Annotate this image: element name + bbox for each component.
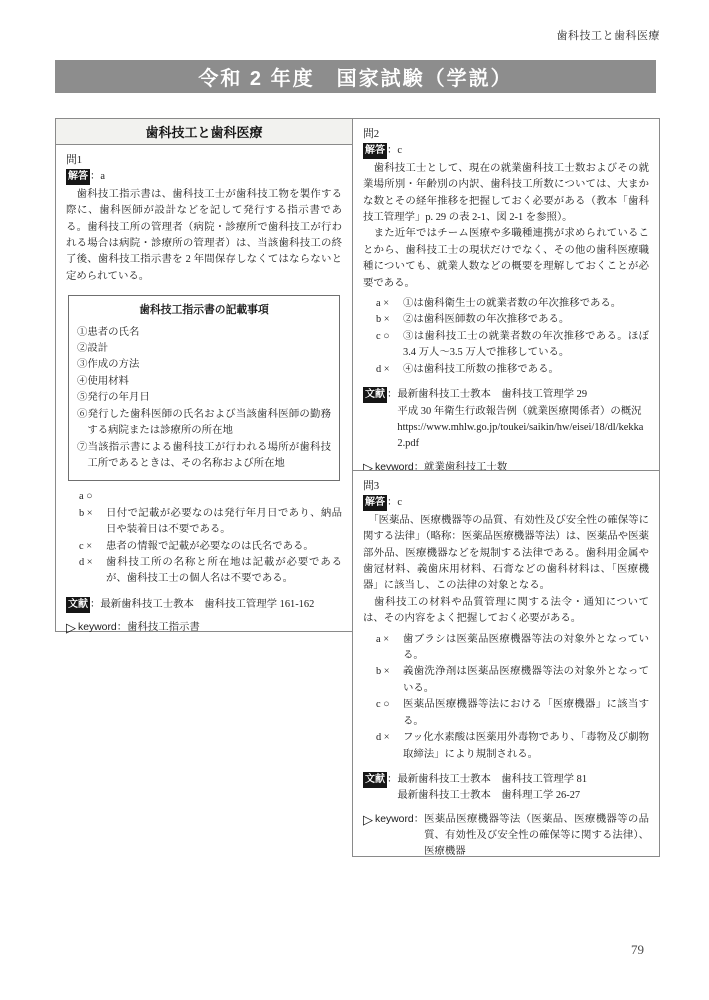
keyword-colon: ： bbox=[117, 620, 127, 636]
option-row: b ×②は歯科医師数の年次推移である。 bbox=[376, 312, 649, 328]
question-number: 問3 bbox=[363, 478, 649, 494]
keyword-label: keyword bbox=[375, 460, 414, 471]
option-text: 日付で記載が必要なのは発行年月日であり、納品日や装着日は不要である。 bbox=[106, 506, 342, 539]
reference-lines: 最新歯科技工士教本 歯科技工管理学 161-162 bbox=[100, 597, 342, 613]
keyword-text: 歯科技工指示書 bbox=[127, 620, 342, 636]
options-list: a ×歯ブラシは医薬品医療機器等法の対象外となっている。 b ×義歯洗浄剤は医薬… bbox=[363, 632, 649, 763]
right-column-panel: 問2 解答：c 歯科技工士として、現在の就業歯科技工士数およびその就業場所別・年… bbox=[352, 118, 660, 857]
option-row: a ○ bbox=[79, 489, 342, 505]
keyword-row: ▷ keyword： 就業歯科技工士数 bbox=[363, 460, 649, 471]
option-row: a ×①は歯科衛生士の就業者数の年次推移である。 bbox=[376, 296, 649, 312]
left-column-panel: 歯科技工と歯科医療 問1 解答：a 歯科技工指示書は、歯科技工士が歯科技工物を製… bbox=[55, 118, 353, 632]
keyword-icon: ▷ bbox=[66, 620, 76, 635]
explanation-paragraph: 「医薬品、医療機器等の品質、有効性及び安全性の確保等に関する法律」（略称：医薬品… bbox=[363, 513, 649, 595]
explanation-paragraph: また近年ではチーム医療や多職種連携が求められていることから、歯科技工士の現状だけ… bbox=[363, 226, 649, 292]
section-title: 歯科技工と歯科医療 bbox=[145, 122, 262, 141]
answer-value: ：c bbox=[387, 497, 402, 508]
option-row: a ×歯ブラシは医薬品医療機器等法の対象外となっている。 bbox=[376, 632, 649, 665]
notice-box-item: ⑦当該指示書による歯科技工が行われる場所が歯科技工所であるときは、その名称および… bbox=[77, 440, 331, 473]
reference-colon: ： bbox=[90, 597, 100, 613]
keyword-label: keyword bbox=[78, 620, 117, 636]
keyword-icon: ▷ bbox=[363, 460, 373, 471]
answer-row: 解答：a bbox=[66, 169, 342, 185]
book-page: 歯科技工と歯科医療 令和 2 年度 国家試験（学説） 歯科技工と歯科医療 問1 … bbox=[0, 0, 709, 1000]
option-row: b ×日付で記載が必要なのは発行年月日であり、納品日や装着日は不要である。 bbox=[79, 506, 342, 539]
notice-box-item: ②設計 bbox=[77, 341, 331, 357]
question-1: 問1 解答：a 歯科技工指示書は、歯科技工士が歯科技工物を製作する際に、歯科医師… bbox=[56, 145, 352, 640]
reference-row: 文献： 最新歯科技工士教本 歯科技工管理学 81 最新歯科技工士教本 歯科理工学… bbox=[363, 772, 649, 805]
keyword-colon: ： bbox=[414, 812, 424, 828]
options-list: a ○ b ×日付で記載が必要なのは発行年月日であり、納品日や装着日は不要である… bbox=[66, 489, 342, 587]
notice-box: 歯科技工指示書の記載事項 ①患者の氏名 ②設計 ③作成の方法 ④使用材料 ⑤発行… bbox=[68, 295, 340, 481]
answer-label: 解答 bbox=[363, 143, 387, 159]
option-marker: a ○ bbox=[79, 489, 106, 505]
option-text: フッ化水素酸は医薬用外毒物であり、「毒物及び劇物取締法」により規制される。 bbox=[403, 730, 649, 763]
keyword-text: 就業歯科技工士数 bbox=[424, 460, 649, 471]
reference-row: 文献： 最新歯科技工士教本 歯科技工管理学 29 平成 30 年衛生行政報告例（… bbox=[363, 387, 649, 453]
keyword-label: keyword bbox=[375, 812, 414, 828]
notice-box-item: ⑥発行した歯科医師の氏名および当該歯科医師の勤務する病院または診療所の所在地 bbox=[77, 407, 331, 440]
question-2: 問2 解答：c 歯科技工士として、現在の就業歯科技工士数およびその就業場所別・年… bbox=[353, 119, 659, 471]
answer-value: ：a bbox=[90, 171, 105, 182]
option-marker: c × bbox=[79, 539, 106, 555]
option-row: d ×フッ化水素酸は医薬用外毒物であり、「毒物及び劇物取締法」により規制される。 bbox=[376, 730, 649, 763]
reference-label: 文献 bbox=[363, 387, 387, 403]
answer-label: 解答 bbox=[363, 495, 387, 511]
notice-box-title: 歯科技工指示書の記載事項 bbox=[77, 302, 331, 318]
option-marker: d × bbox=[376, 362, 403, 378]
reference-label: 文献 bbox=[66, 597, 90, 613]
answer-value: ：c bbox=[387, 145, 402, 156]
option-marker: a × bbox=[376, 632, 403, 665]
option-text: 医薬品医療機器等法における「医療機器」に該当する。 bbox=[403, 697, 649, 730]
reference-label: 文献 bbox=[363, 772, 387, 788]
option-marker: b × bbox=[79, 506, 106, 539]
option-text: ④は歯科技工所数の推移である。 bbox=[403, 362, 649, 378]
reference-line: 最新歯科技工士教本 歯科技工管理学 161-162 bbox=[100, 597, 342, 613]
option-row: d ×歯科技工所の名称と所在地は記載が必要であるが、歯科技工士の個人名は不要であ… bbox=[79, 555, 342, 588]
option-text: ③は歯科技工士の就業者数の年次推移である。ほぼ 3.4 万人〜3.5 万人で推移… bbox=[403, 329, 649, 362]
option-text: 義歯洗浄剤は医薬品医療機器等法の対象外となっている。 bbox=[403, 664, 649, 697]
option-row: b ×義歯洗浄剤は医薬品医療機器等法の対象外となっている。 bbox=[376, 664, 649, 697]
option-row: c ○③は歯科技工士の就業者数の年次推移である。ほぼ 3.4 万人〜3.5 万人… bbox=[376, 329, 649, 362]
option-row: d ×④は歯科技工所数の推移である。 bbox=[376, 362, 649, 378]
running-head: 歯科技工と歯科医療 bbox=[557, 27, 661, 43]
keyword-row: ▷ keyword： 歯科技工指示書 bbox=[66, 620, 342, 636]
notice-box-item: ③作成の方法 bbox=[77, 357, 331, 373]
explanation-paragraph: 歯科技工士として、現在の就業歯科技工士数およびその就業場所別・年齢別の内訳、歯科… bbox=[363, 161, 649, 227]
reference-lines: 最新歯科技工士教本 歯科技工管理学 29 平成 30 年衛生行政報告例（就業医療… bbox=[397, 387, 649, 453]
option-marker: d × bbox=[79, 555, 106, 588]
notice-box-item: ④使用材料 bbox=[77, 374, 331, 390]
option-marker: c ○ bbox=[376, 697, 403, 730]
page-number: 79 bbox=[631, 942, 644, 958]
exam-title: 令和 2 年度 国家試験（学説） bbox=[198, 62, 512, 91]
keyword-icon: ▷ bbox=[363, 812, 373, 827]
question-number: 問2 bbox=[363, 126, 649, 142]
option-text bbox=[106, 489, 342, 505]
option-marker: b × bbox=[376, 664, 403, 697]
option-text: ②は歯科医師数の年次推移である。 bbox=[403, 312, 649, 328]
answer-label: 解答 bbox=[66, 169, 90, 185]
reference-colon: ： bbox=[387, 387, 397, 453]
reference-row: 文献： 最新歯科技工士教本 歯科技工管理学 161-162 bbox=[66, 597, 342, 613]
keyword-text: 医薬品医療機器等法（医薬品、医療機器等の品質、有効性及び安全性の確保等に関する法… bbox=[424, 812, 649, 856]
reference-line: 最新歯科技工士教本 歯科理工学 26-27 bbox=[397, 788, 649, 804]
question-number: 問1 bbox=[66, 152, 342, 168]
reference-colon: ： bbox=[387, 772, 397, 805]
reference-line: 平成 30 年衛生行政報告例（就業医療関係者）の概況 bbox=[397, 404, 649, 420]
reference-line: 最新歯科技工士教本 歯科技工管理学 29 bbox=[397, 387, 649, 403]
option-text: ①は歯科衛生士の就業者数の年次推移である。 bbox=[403, 296, 649, 312]
notice-box-item: ⑤発行の年月日 bbox=[77, 390, 331, 406]
option-marker: a × bbox=[376, 296, 403, 312]
reference-url: https://www.mhlw.go.jp/toukei/saikin/hw/… bbox=[397, 420, 649, 453]
section-header: 歯科技工と歯科医療 bbox=[56, 119, 352, 145]
option-text: 歯ブラシは医薬品医療機器等法の対象外となっている。 bbox=[403, 632, 649, 665]
answer-row: 解答：c bbox=[363, 143, 649, 159]
question-3: 問3 解答：c 「医薬品、医療機器等の品質、有効性及び安全性の確保等に関する法律… bbox=[353, 471, 659, 856]
answer-row: 解答：c bbox=[363, 495, 649, 511]
option-row: c ×患者の情報で記載が必要なのは氏名である。 bbox=[79, 539, 342, 555]
keyword-colon: ： bbox=[414, 460, 424, 471]
notice-box-item: ①患者の氏名 bbox=[77, 325, 331, 341]
keyword-row: ▷ keyword： 医薬品医療機器等法（医薬品、医療機器等の品質、有効性及び安… bbox=[363, 812, 649, 856]
reference-line: 最新歯科技工士教本 歯科技工管理学 81 bbox=[397, 772, 649, 788]
option-text: 歯科技工所の名称と所在地は記載が必要であるが、歯科技工士の個人名は不要である。 bbox=[106, 555, 342, 588]
explanation-paragraph: 歯科技工指示書は、歯科技工士が歯科技工物を製作する際に、歯科医師が設計などを記し… bbox=[66, 187, 342, 285]
exam-title-banner: 令和 2 年度 国家試験（学説） bbox=[55, 60, 656, 93]
option-marker: c ○ bbox=[376, 329, 403, 362]
explanation-paragraph: 歯科技工の材料や品質管理に関する法令・通知については、その内容をよく把握しておく… bbox=[363, 595, 649, 628]
option-marker: d × bbox=[376, 730, 403, 763]
reference-lines: 最新歯科技工士教本 歯科技工管理学 81 最新歯科技工士教本 歯科理工学 26-… bbox=[397, 772, 649, 805]
option-text: 患者の情報で記載が必要なのは氏名である。 bbox=[106, 539, 342, 555]
option-row: c ○医薬品医療機器等法における「医療機器」に該当する。 bbox=[376, 697, 649, 730]
option-marker: b × bbox=[376, 312, 403, 328]
options-list: a ×①は歯科衛生士の就業者数の年次推移である。 b ×②は歯科医師数の年次推移… bbox=[363, 296, 649, 378]
